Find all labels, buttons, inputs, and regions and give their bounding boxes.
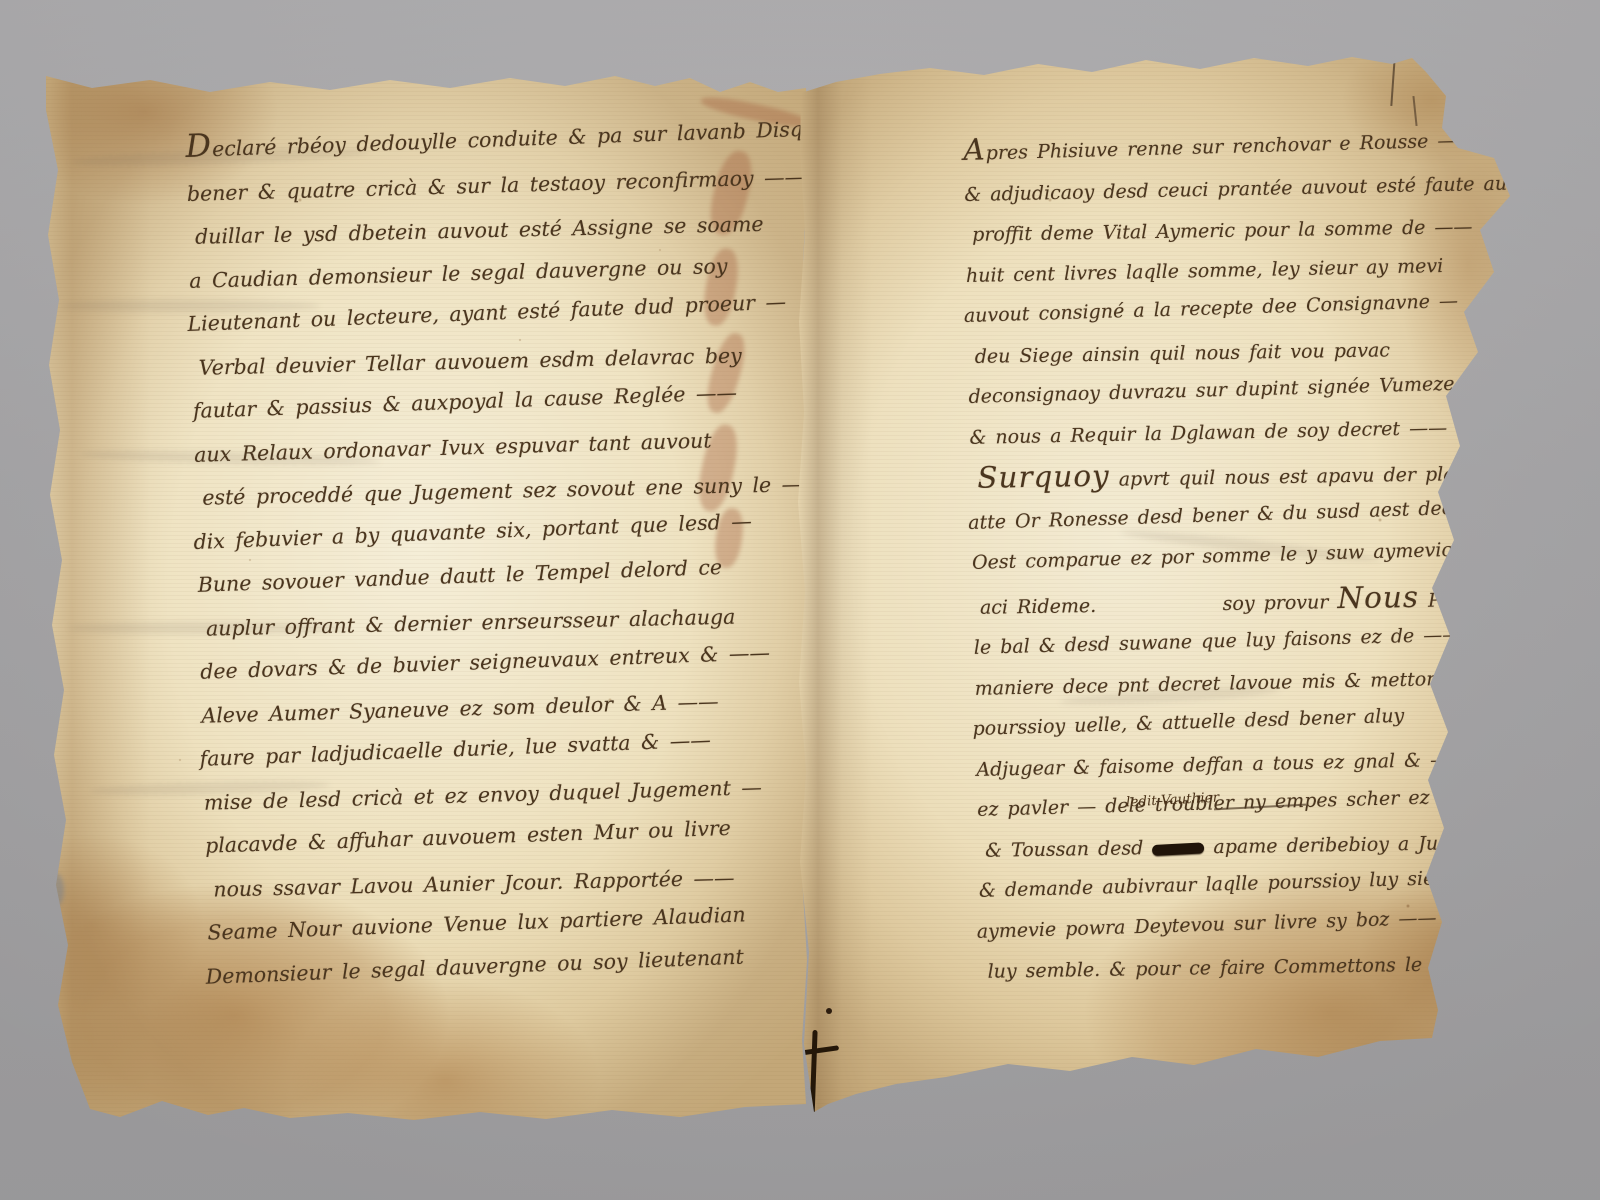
right-page-text: Apres Phisiuve renne sur renchovar e Rou…	[963, 117, 1583, 992]
binding-ink-mark	[799, 1045, 839, 1056]
pen-stroke	[1390, 58, 1395, 106]
binding-ink-mark	[809, 1030, 817, 1122]
binding-ink-mark	[826, 1008, 832, 1014]
manuscript-line: luy semble. & pour ce faire Commettons l…	[987, 942, 1590, 992]
ink-blot	[1152, 842, 1204, 856]
left-page-text: Declaré rbéoy dedouylle conduite & pa su…	[185, 109, 828, 999]
manuscript-photo: Declaré rbéoy dedouylle conduite & pa su…	[0, 0, 1600, 1200]
blue-stain	[44, 872, 64, 908]
